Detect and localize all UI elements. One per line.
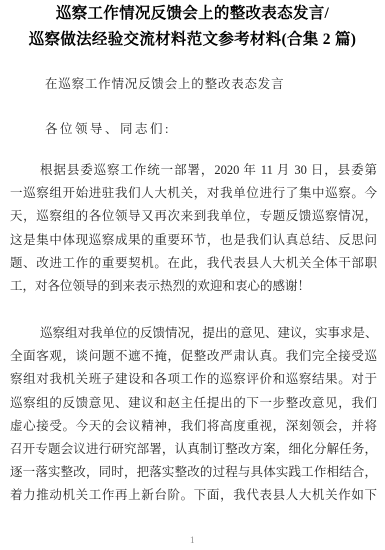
title-line-1: 巡察工作情况反馈会上的整改表态发言/ xyxy=(0,1,385,27)
text-line: 工，对各位领导的到来表示热烈的欢迎和衷心的感谢！ xyxy=(10,275,377,298)
text-line: 巡察组对我单位的反馈情况，提出的意见、建议，实事求是、 xyxy=(10,322,377,345)
paragraph-2: 巡察组对我单位的反馈情况，提出的意见、建议，实事求是、全面客观，谈问题不遮不掩，… xyxy=(10,322,377,508)
salutation: 各位领导、同志们: xyxy=(45,118,171,141)
text-line: 着力推动机关工作再上新台阶。下面，我代表县人大机关作如下 xyxy=(10,484,377,507)
text-line: 一巡察组开始进驻我们人大机关，对我单位进行了集中巡察。今 xyxy=(10,182,377,205)
text-line: 全面客观，谈问题不遮不掩，促整改严肃认真。我们完全接受巡 xyxy=(10,345,377,368)
document-page: 巡察工作情况反馈会上的整改表态发言/ 巡察做法经验交流材料范文参考材料(合集 2… xyxy=(0,0,385,550)
paragraph-1: 根据县委巡察工作统一部署，2020 年 11 月 30 日，县委第一巡察组开始进… xyxy=(10,159,377,298)
text-line: 逐一落实整改，同时，把落实整改的过程与具体实践工作相结合， xyxy=(10,461,377,484)
text-line: 察组对我机关班子建设和各项工作的巡察评价和巡察结果。对于 xyxy=(10,368,377,391)
text-line: 这是集中体现巡察成果的重要环节，也是我们认真总结、反思问 xyxy=(10,229,377,252)
text-line: 召开专题会议进行研究部署，认真制订整改方案，细化分解任务， xyxy=(10,438,377,461)
text-line: 虚心接受。今天的会议精神，我们将高度重视，深刻领会，并将 xyxy=(10,415,377,438)
text-line: 根据县委巡察工作统一部署，2020 年 11 月 30 日，县委第 xyxy=(10,159,377,182)
document-subtitle: 在巡察工作情况反馈会上的整改表态发言 xyxy=(45,73,284,96)
document-title: 巡察工作情况反馈会上的整改表态发言/ 巡察做法经验交流材料范文参考材料(合集 2… xyxy=(0,1,385,53)
text-line: 巡察组的反馈意见、建议和赵主任提出的下一步整改意见，我们 xyxy=(10,392,377,415)
text-line: 题、改进工作的重要契机。在此，我代表县人大机关全体干部职 xyxy=(10,252,377,275)
title-line-2: 巡察做法经验交流材料范文参考材料(合集 2 篇) xyxy=(0,27,385,53)
text-line: 天，巡察组的各位领导又再次来到我单位，专题反馈巡察情况， xyxy=(10,205,377,228)
page-number: 1 xyxy=(0,535,385,545)
